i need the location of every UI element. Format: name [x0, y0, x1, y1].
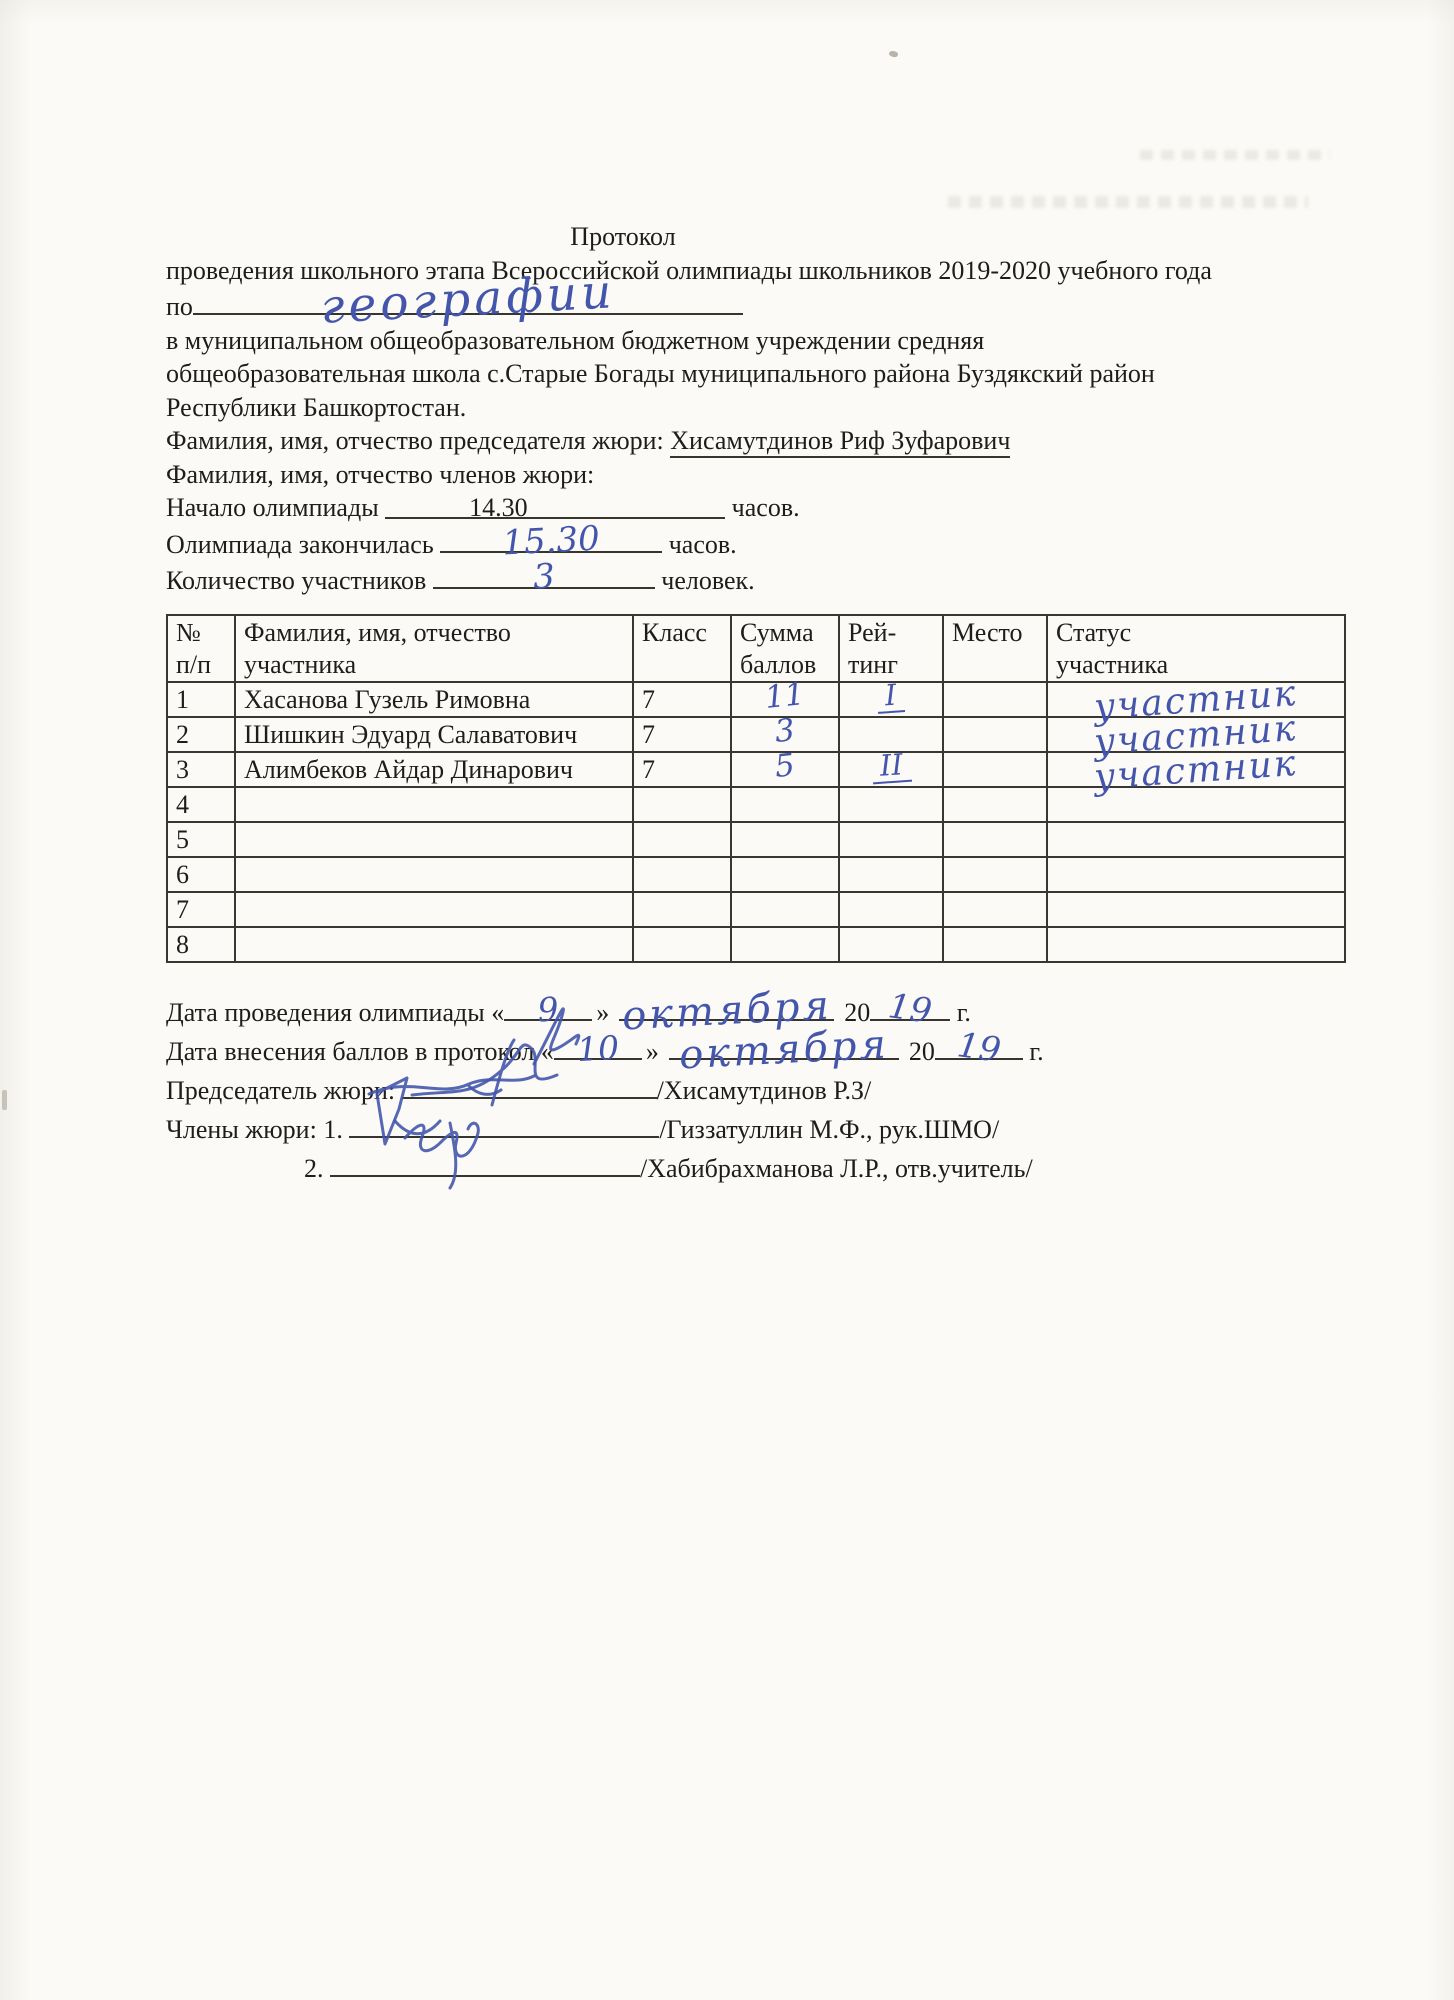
cell-status: [1047, 822, 1345, 857]
cell-score: [731, 892, 839, 927]
score-handwritten: 5: [774, 750, 797, 783]
end-suffix: часов.: [662, 530, 736, 559]
ink-bleed-artifact: [1140, 150, 1330, 160]
day-handwritten: 10: [576, 1030, 620, 1065]
cell-place: [943, 787, 1047, 822]
cell-score: 11: [731, 682, 839, 717]
chairman-name: Хисамутдинов Риф Зуфарович: [670, 426, 1010, 458]
open-quote: «: [541, 1037, 554, 1066]
cell-name: Алимбеков Айдар Динарович: [235, 752, 633, 787]
end-blank-line: 15.30: [440, 525, 662, 553]
rating-handwritten: II: [870, 749, 911, 784]
col-header-score: Суммабаллов: [731, 615, 839, 682]
count-suffix: человек.: [655, 566, 755, 595]
cell-num: 8: [167, 927, 235, 962]
end-time-line: Олимпиада закончилась 15.30 часов.: [166, 525, 1362, 562]
cell-grade: [633, 787, 731, 822]
table-row: 8: [167, 927, 1345, 962]
cell-rating: [839, 787, 943, 822]
year-century: 20: [909, 1037, 935, 1066]
signature-blank-line: [349, 1110, 659, 1138]
cell-place: [943, 857, 1047, 892]
cell-status: участник: [1047, 717, 1345, 752]
cell-grade: [633, 857, 731, 892]
table-row: 1 Хасанова Гузель Римовна 7 11 I участни…: [167, 682, 1345, 717]
month-blank-line: октября: [669, 1032, 899, 1060]
cell-num: 3: [167, 752, 235, 787]
cell-score: [731, 927, 839, 962]
cell-status: [1047, 892, 1345, 927]
subject-line: погеографии: [166, 287, 1362, 324]
cell-rating: [839, 892, 943, 927]
date-held-line: Дата проведения олимпиады «9»октября2019…: [166, 993, 1362, 1032]
col-header-name: Фамилия, имя, отчествоучастника: [235, 615, 633, 682]
col-header-grade: Класс: [633, 615, 731, 682]
cell-grade: 7: [633, 717, 731, 752]
scan-speck: [888, 50, 898, 58]
cell-status: участник: [1047, 752, 1345, 787]
scan-edge-mark: [2, 1090, 7, 1110]
start-time-value: 14.30: [469, 493, 528, 522]
start-blank-line: 14.30: [385, 491, 725, 519]
cell-score: 5: [731, 752, 839, 787]
rating-handwritten: I: [876, 680, 906, 714]
day-blank-line: 10: [554, 1032, 642, 1060]
cell-score: [731, 822, 839, 857]
date-suffix: г.: [1023, 1037, 1044, 1066]
cell-place: [943, 822, 1047, 857]
month-handwritten: октября: [678, 1024, 890, 1075]
col-header-rating: Рей-тинг: [839, 615, 943, 682]
cell-num: 6: [167, 857, 235, 892]
cell-name: [235, 857, 633, 892]
cell-name: Хасанова Гузель Римовна: [235, 682, 633, 717]
chairman-signature-line: Председатель жюри: /Хисамутдинов Р.З/: [166, 1071, 1362, 1110]
col-header-num: №п/п: [167, 615, 235, 682]
member2-signature-line: 2. /Хабибрахманова Л.Р., отв.учитель/: [166, 1149, 1362, 1188]
cell-name: [235, 822, 633, 857]
col-header-place: Место: [943, 615, 1047, 682]
date-suffix: г.: [950, 998, 971, 1027]
cell-rating: [839, 717, 943, 752]
cell-grade: 7: [633, 752, 731, 787]
cell-rating: [839, 822, 943, 857]
table-row: 3 Алимбеков Айдар Динарович 7 5 II участ…: [167, 752, 1345, 787]
org-line-2: общеобразовательная школа с.Старые Богад…: [166, 357, 1362, 391]
org-line-3: Республики Башкортостан.: [166, 391, 1362, 425]
cell-num: 7: [167, 892, 235, 927]
cell-score: [731, 787, 839, 822]
cell-place: [943, 892, 1047, 927]
close-quote: »: [646, 1037, 659, 1066]
cell-status: участник: [1047, 682, 1345, 717]
participants-table: №п/п Фамилия, имя, отчествоучастника Кла…: [166, 614, 1346, 963]
chairman-line: Фамилия, имя, отчество председателя жюри…: [166, 424, 1362, 458]
cell-status: [1047, 787, 1345, 822]
table-row: 2 Шишкин Эдуард Салаватович 7 3 участник: [167, 717, 1345, 752]
cell-rating: I: [839, 682, 943, 717]
close-quote: »: [596, 998, 609, 1027]
cell-status: [1047, 857, 1345, 892]
signature-blank-line: [330, 1149, 640, 1177]
cell-rating: [839, 857, 943, 892]
cell-place: [943, 682, 1047, 717]
footer-block: Дата проведения олимпиады «9»октября2019…: [166, 993, 1362, 1188]
member1-signature-line: Члены жюри: 1. /Гиззатуллин М.Ф., рук.ШМ…: [166, 1110, 1362, 1149]
cell-name: [235, 927, 633, 962]
cell-grade: 7: [633, 682, 731, 717]
members-sign-label: Члены жюри:: [166, 1115, 323, 1144]
member1-number: 1.: [323, 1115, 349, 1144]
cell-num: 4: [167, 787, 235, 822]
cell-name: Шишкин Эдуард Салаватович: [235, 717, 633, 752]
cell-name: [235, 787, 633, 822]
date-entered-label: Дата внесения баллов в протокол: [166, 1037, 541, 1066]
cell-grade: [633, 927, 731, 962]
day-blank-line: 9: [504, 993, 592, 1021]
day-handwritten: 9: [537, 992, 560, 1026]
subject-handwritten: географии: [319, 268, 616, 330]
member1-name: /Гиззатуллин М.Ф., рук.ШМО/: [659, 1115, 999, 1144]
table-row: 4: [167, 787, 1345, 822]
cell-grade: [633, 822, 731, 857]
year-handwritten: 19: [955, 1028, 1003, 1068]
cell-status: [1047, 927, 1345, 962]
table-row: 5: [167, 822, 1345, 857]
member2-number: 2.: [304, 1154, 330, 1183]
year-handwritten: 19: [886, 989, 934, 1029]
cell-num: 2: [167, 717, 235, 752]
col-header-status: Статусучастника: [1047, 615, 1345, 682]
cell-score: [731, 857, 839, 892]
cell-score: 3: [731, 717, 839, 752]
page-title: Протокол: [166, 220, 1080, 254]
participant-count-line: Количество участников 3 человек.: [166, 561, 1362, 598]
cell-rating: [839, 927, 943, 962]
count-label: Количество участников: [166, 566, 433, 595]
cell-num: 1: [167, 682, 235, 717]
date-entered-line: Дата внесения баллов в протокол «10»октя…: [166, 1032, 1362, 1071]
table-row: 6: [167, 857, 1345, 892]
count-handwritten: 3: [532, 559, 555, 594]
start-time-line: Начало олимпиады 14.30 часов.: [166, 491, 1362, 525]
subject-prefix: по: [166, 292, 193, 321]
score-handwritten: 3: [774, 715, 797, 748]
cell-rating: II: [839, 752, 943, 787]
chairman-sign-label: Председатель жюри:: [166, 1076, 402, 1105]
protocol-document: Протокол проведения школьного этапа Всер…: [166, 220, 1362, 1188]
open-quote: «: [491, 998, 504, 1027]
end-label: Олимпиада закончилась: [166, 530, 440, 559]
year-blank-line: 19: [935, 1032, 1023, 1060]
member2-name: /Хабибрахманова Л.Р., отв.учитель/: [640, 1154, 1033, 1183]
score-handwritten: 11: [764, 679, 806, 714]
cell-place: [943, 927, 1047, 962]
chairman-sign-name: /Хисамутдинов Р.З/: [657, 1076, 872, 1105]
count-blank-line: 3: [433, 561, 655, 589]
start-suffix: часов.: [725, 493, 799, 522]
chairman-label: Фамилия, имя, отчество председателя жюри…: [166, 426, 670, 455]
end-time-handwritten: 15.30: [502, 521, 601, 560]
subject-blank-line: географии: [193, 287, 743, 315]
cell-grade: [633, 892, 731, 927]
ink-bleed-artifact: [948, 196, 1308, 208]
cell-place: [943, 717, 1047, 752]
members-line: Фамилия, имя, отчество членов жюри:: [166, 458, 1362, 492]
month-blank-line: октября: [619, 993, 834, 1021]
table-row: 7: [167, 892, 1345, 927]
cell-num: 5: [167, 822, 235, 857]
table-header-row: №п/п Фамилия, имя, отчествоучастника Кла…: [167, 615, 1345, 682]
date-held-label: Дата проведения олимпиады: [166, 998, 491, 1027]
cell-name: [235, 892, 633, 927]
start-label: Начало олимпиады: [166, 493, 385, 522]
year-blank-line: 19: [870, 993, 950, 1021]
signature-blank-line: [402, 1071, 657, 1099]
cell-place: [943, 752, 1047, 787]
